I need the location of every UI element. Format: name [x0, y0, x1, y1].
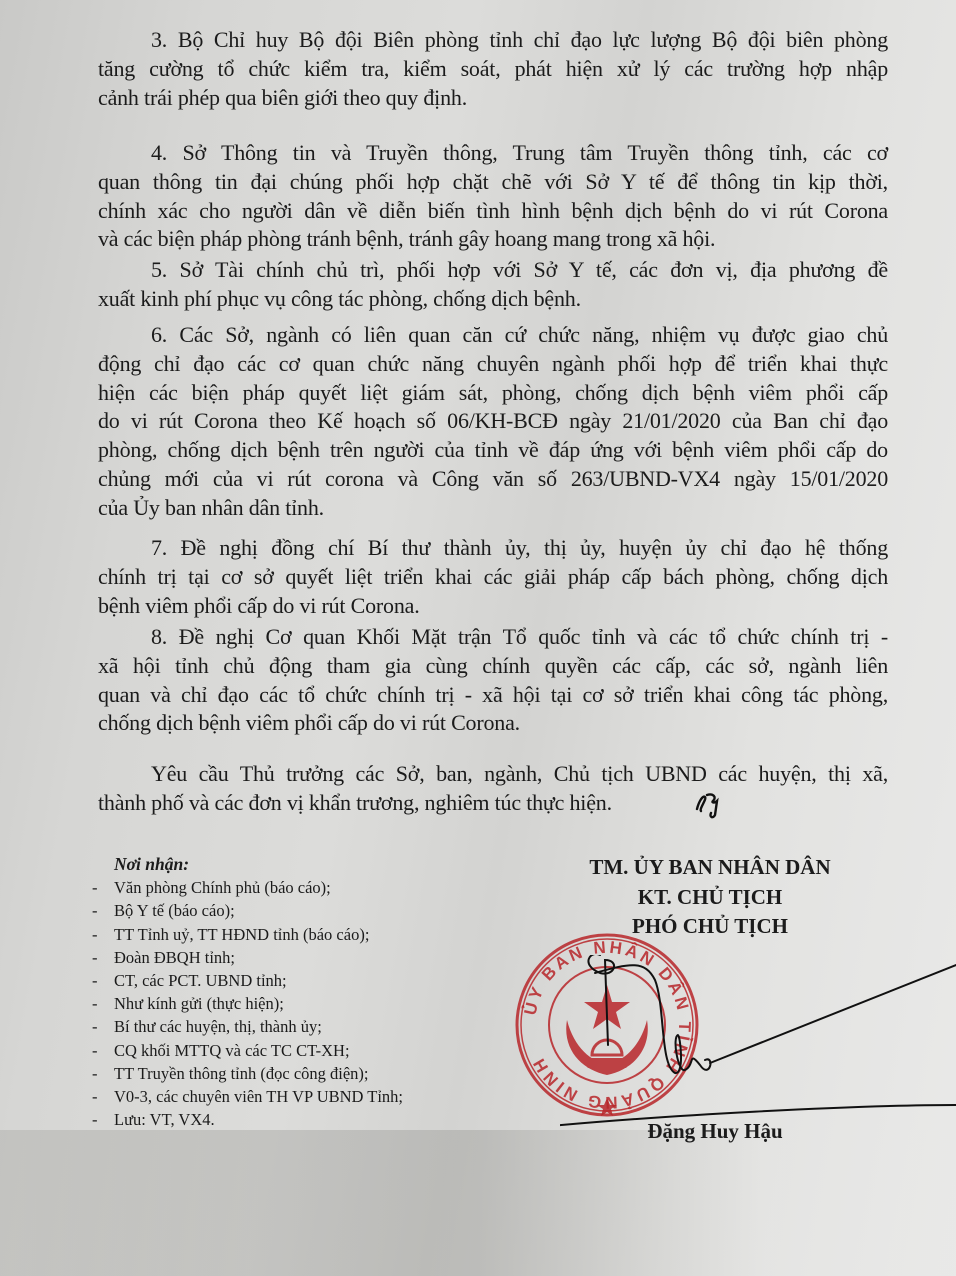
signature-block: TM. ỦY BAN NHÂN DÂN KT. CHỦ TỊCH PHÓ CHỦ…: [540, 853, 880, 942]
text-line: chính trị tại cơ sở quyết liệt triển kha…: [98, 563, 888, 592]
list-dash: -: [92, 899, 114, 922]
recipients-title: Nơi nhận:: [92, 853, 403, 876]
signature-title-2: KT. CHỦ TỊCH: [540, 883, 880, 913]
recipient-label: Lưu: VT, VX4.: [114, 1108, 215, 1131]
recipients-list: Nơi nhận: -Văn phòng Chính phủ (báo cáo)…: [92, 853, 403, 1131]
recipient-label: TT Tỉnh uỷ, TT HĐND tỉnh (báo cáo);: [114, 923, 369, 946]
text-line: phòng, chống dịch bệnh trên người của tỉ…: [98, 436, 888, 465]
text-line: 4. Sở Thông tin và Truyền thông, Trung t…: [98, 139, 888, 168]
recipient-item: -Văn phòng Chính phủ (báo cáo);: [92, 876, 403, 899]
text-line: chống dịch bệnh viêm phổi cấp do vi rút …: [98, 709, 888, 738]
text-line: hiện các biện pháp quyết liệt giám sát, …: [98, 379, 888, 408]
paragraph-item-6: 6. Các Sở, ngành có liên quan căn cứ chứ…: [98, 321, 888, 523]
text-line: 6. Các Sở, ngành có liên quan căn cứ chứ…: [98, 321, 888, 350]
list-dash: -: [92, 876, 114, 899]
list-dash: -: [92, 1062, 114, 1085]
text-line: bệnh viêm phổi cấp do vi rút Corona.: [98, 592, 888, 621]
text-line: chủng mới của vi rút corona và Công văn …: [98, 465, 888, 494]
list-dash: -: [92, 1015, 114, 1038]
signature-title-1: TM. ỦY BAN NHÂN DÂN: [540, 853, 880, 883]
text-line: động chỉ đạo các cơ quan chức năng chuyê…: [98, 350, 888, 379]
text-line: quan thông tin đại chúng phối hợp chặt c…: [98, 168, 888, 197]
text-line: 7. Đề nghị đồng chí Bí thư thành ủy, thị…: [98, 534, 888, 563]
list-dash: -: [92, 992, 114, 1015]
paragraph-closing: Yêu cầu Thủ trưởng các Sở, ban, ngành, C…: [98, 760, 888, 818]
text-line: quan và chỉ đạo các tổ chức chính trị - …: [98, 681, 888, 710]
recipient-item: -Đoàn ĐBQH tỉnh;: [92, 946, 403, 969]
recipient-item: -Bộ Y tế (báo cáo);: [92, 899, 403, 922]
recipient-label: TT Truyền thông tỉnh (đọc công điện);: [114, 1062, 369, 1085]
text-line: 3. Bộ Chỉ huy Bộ đội Biên phòng tỉnh chỉ…: [98, 26, 888, 55]
text-line: 5. Sở Tài chính chủ trì, phối hợp với Sở…: [98, 256, 888, 285]
recipient-item: -Bí thư các huyện, thị, thành ủy;: [92, 1015, 403, 1038]
text-line: xã hội tỉnh chủ động tham gia cùng chính…: [98, 652, 888, 681]
recipient-label: Bộ Y tế (báo cáo);: [114, 899, 235, 922]
recipient-label: CT, các PCT. UBND tỉnh;: [114, 969, 287, 992]
recipient-label: Đoàn ĐBQH tỉnh;: [114, 946, 235, 969]
text-line: tăng cường tổ chức kiểm tra, kiểm soát, …: [98, 55, 888, 84]
handwritten-signature: [560, 955, 956, 1130]
list-dash: -: [92, 923, 114, 946]
paragraph-item-8: 8. Đề nghị Cơ quan Khối Mặt trận Tổ quốc…: [98, 623, 888, 738]
recipient-item: -Lưu: VT, VX4.: [92, 1108, 403, 1131]
text-line: Yêu cầu Thủ trưởng các Sở, ban, ngành, C…: [98, 760, 888, 789]
list-dash: -: [92, 946, 114, 969]
text-line: cảnh trái phép qua biên giới theo quy đị…: [98, 84, 888, 113]
text-line: do vi rút Corona theo Kế hoạch số 06/KH-…: [98, 407, 888, 436]
handwritten-initial: [693, 787, 727, 819]
recipient-item: -TT Truyền thông tỉnh (đọc công điện);: [92, 1062, 403, 1085]
recipient-item: -TT Tỉnh uỷ, TT HĐND tỉnh (báo cáo);: [92, 923, 403, 946]
list-dash: -: [92, 1039, 114, 1062]
text-line: xuất kinh phí phục vụ công tác phòng, ch…: [98, 285, 888, 314]
signer-name: Đặng Huy Hậu: [600, 1119, 830, 1144]
list-dash: -: [92, 1085, 114, 1108]
text-line: thành phố và các đơn vị khẩn trương, ngh…: [98, 789, 888, 818]
recipient-label: V0-3, các chuyên viên TH VP UBND Tỉnh;: [114, 1085, 403, 1108]
recipient-item: -V0-3, các chuyên viên TH VP UBND Tỉnh;: [92, 1085, 403, 1108]
recipient-item: -Như kính gửi (thực hiện);: [92, 992, 403, 1015]
text-line: 8. Đề nghị Cơ quan Khối Mặt trận Tổ quốc…: [98, 623, 888, 652]
photo-shadow: [0, 1130, 956, 1276]
recipient-item: -CQ khối MTTQ và các TC CT-XH;: [92, 1039, 403, 1062]
recipient-label: Như kính gửi (thực hiện);: [114, 992, 284, 1015]
list-dash: -: [92, 1108, 114, 1131]
text-line: chính xác cho người dân về diễn biến tìn…: [98, 197, 888, 226]
recipient-label: Bí thư các huyện, thị, thành ủy;: [114, 1015, 322, 1038]
paragraph-item-3: 3. Bộ Chỉ huy Bộ đội Biên phòng tỉnh chỉ…: [98, 26, 888, 112]
recipient-item: -CT, các PCT. UBND tỉnh;: [92, 969, 403, 992]
paragraph-item-5: 5. Sở Tài chính chủ trì, phối hợp với Sở…: [98, 256, 888, 314]
text-line: và các biện pháp phòng tránh bệnh, tránh…: [98, 225, 888, 254]
text-line: của Ủy ban nhân dân tỉnh.: [98, 494, 888, 523]
list-dash: -: [92, 969, 114, 992]
recipient-label: CQ khối MTTQ và các TC CT-XH;: [114, 1039, 350, 1062]
paragraph-item-7: 7. Đề nghị đồng chí Bí thư thành ủy, thị…: [98, 534, 888, 620]
paragraph-item-4: 4. Sở Thông tin và Truyền thông, Trung t…: [98, 139, 888, 254]
recipient-label: Văn phòng Chính phủ (báo cáo);: [114, 876, 331, 899]
